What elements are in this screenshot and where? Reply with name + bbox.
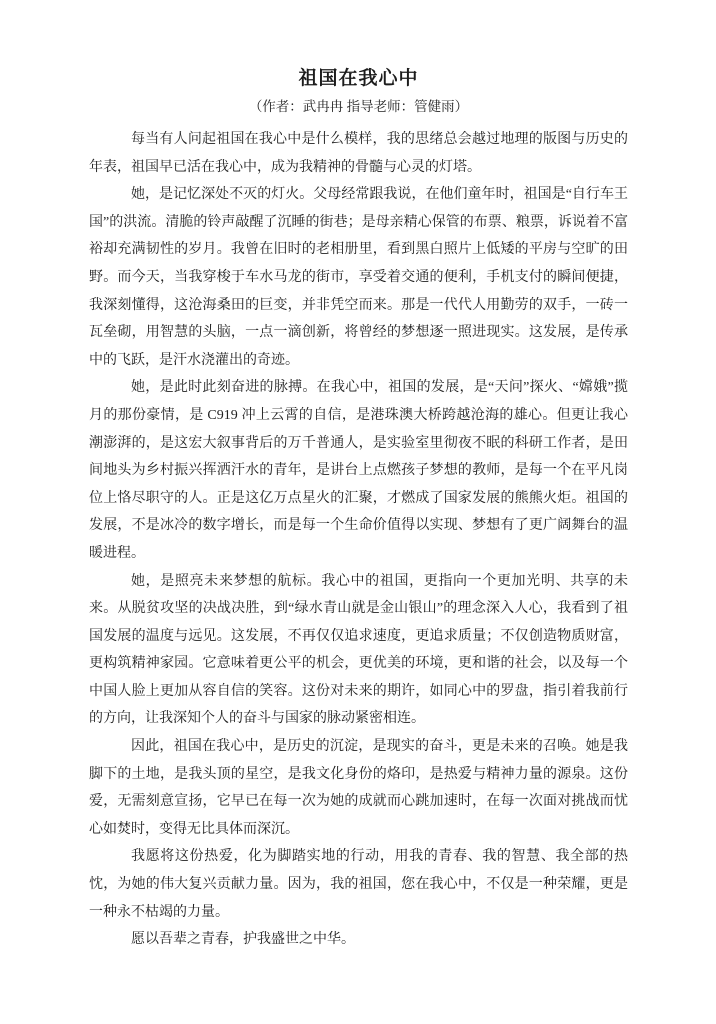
essay-paragraph: 她，是记忆深处不灭的灯火。父母经常跟我说，在他们童年时，祖国是“自行车王国”的洪…: [89, 181, 628, 374]
essay-paragraph: 我愿将这份热爱，化为脚踏实地的行动，用我的青春、我的智慧、我全部的热忱，为她的伟…: [89, 843, 628, 926]
essay-paragraph: 她，是此时此刻奋进的脉搏。在我心中，祖国的发展，是“天问”探火、“嫦娥”揽月的那…: [89, 374, 628, 567]
essay-body: 每当有人问起祖国在我心中是什么模样，我的思绪总会越过地理的版图与历史的年表，祖国…: [89, 126, 628, 954]
essay-paragraph: 每当有人问起祖国在我心中是什么模样，我的思绪总会越过地理的版图与历史的年表，祖国…: [89, 126, 628, 181]
essay-byline: （作者：武冉冉 指导老师：管健雨）: [89, 94, 628, 120]
essay-paragraph: 因此，祖国在我心中，是历史的沉淀，是现实的奋斗，更是未来的召唤。她是我脚下的土地…: [89, 733, 628, 843]
essay-title: 祖国在我心中: [89, 64, 628, 94]
document-page: 祖国在我心中 （作者：武冉冉 指导老师：管健雨） 每当有人问起祖国在我心中是什么…: [0, 0, 716, 1024]
essay-paragraph: 愿以吾辈之青春，护我盛世之中华。: [89, 926, 628, 954]
essay-paragraph: 她，是照亮未来梦想的航标。我心中的祖国，更指向一个更加光明、共享的未来。从脱贫攻…: [89, 568, 628, 734]
